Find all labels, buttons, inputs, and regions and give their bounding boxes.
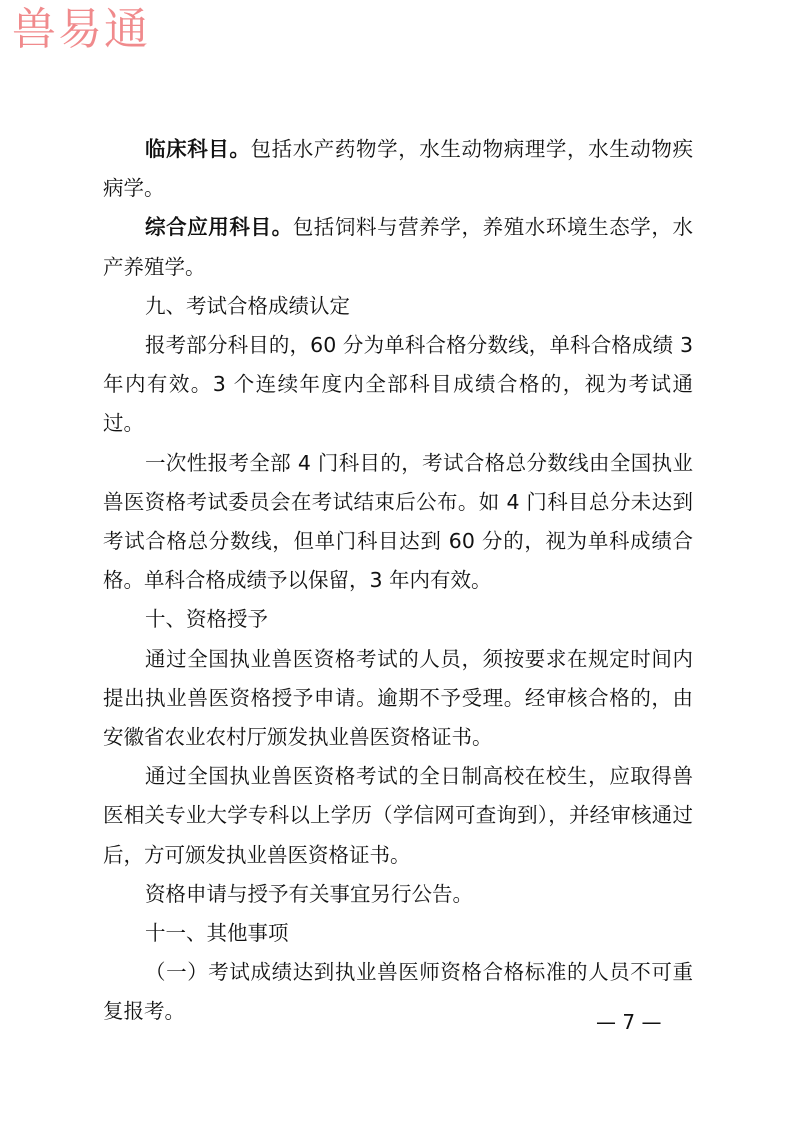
- section-heading-11: 十一、其他事项: [103, 914, 693, 953]
- page-number: — 7 —: [596, 1010, 661, 1034]
- paragraph-heading: 综合应用科目。: [145, 215, 293, 239]
- paragraph-all-subjects: 一次性报考全部 4 门科目的，考试合格总分数线由全国执业兽医资格考试委员会在考试…: [103, 444, 693, 601]
- paragraph-qualification-grant: 通过全国执业兽医资格考试的人员，须按要求在规定时间内提出执业兽医资格授予申请。逾…: [103, 640, 693, 758]
- document-body: 临床科目。包括水产药物学，水生动物病理学，水生动物疾病学。 综合应用科目。包括饲…: [103, 130, 693, 1032]
- paragraph-clinical-subjects: 临床科目。包括水产药物学，水生动物病理学，水生动物疾病学。: [103, 130, 693, 208]
- section-heading-9: 九、考试合格成绩认定: [103, 287, 693, 326]
- paragraph-partial-subjects: 报考部分科目的，60 分为单科合格分数线，单科合格成绩 3 年内有效。3 个连续…: [103, 326, 693, 444]
- paragraph-students: 通过全国执业兽医资格考试的全日制高校在校生，应取得兽医相关专业大学专科以上学历（…: [103, 757, 693, 875]
- paragraph-comprehensive-subjects: 综合应用科目。包括饲料与营养学，养殖水环境生态学，水产养殖学。: [103, 208, 693, 286]
- paragraph-heading: 临床科目。: [145, 137, 251, 161]
- watermark-logo: 兽易通: [12, 4, 150, 56]
- paragraph-announcement: 资格申请与授予有关事宜另行公告。: [103, 875, 693, 914]
- section-heading-10: 十、资格授予: [103, 600, 693, 639]
